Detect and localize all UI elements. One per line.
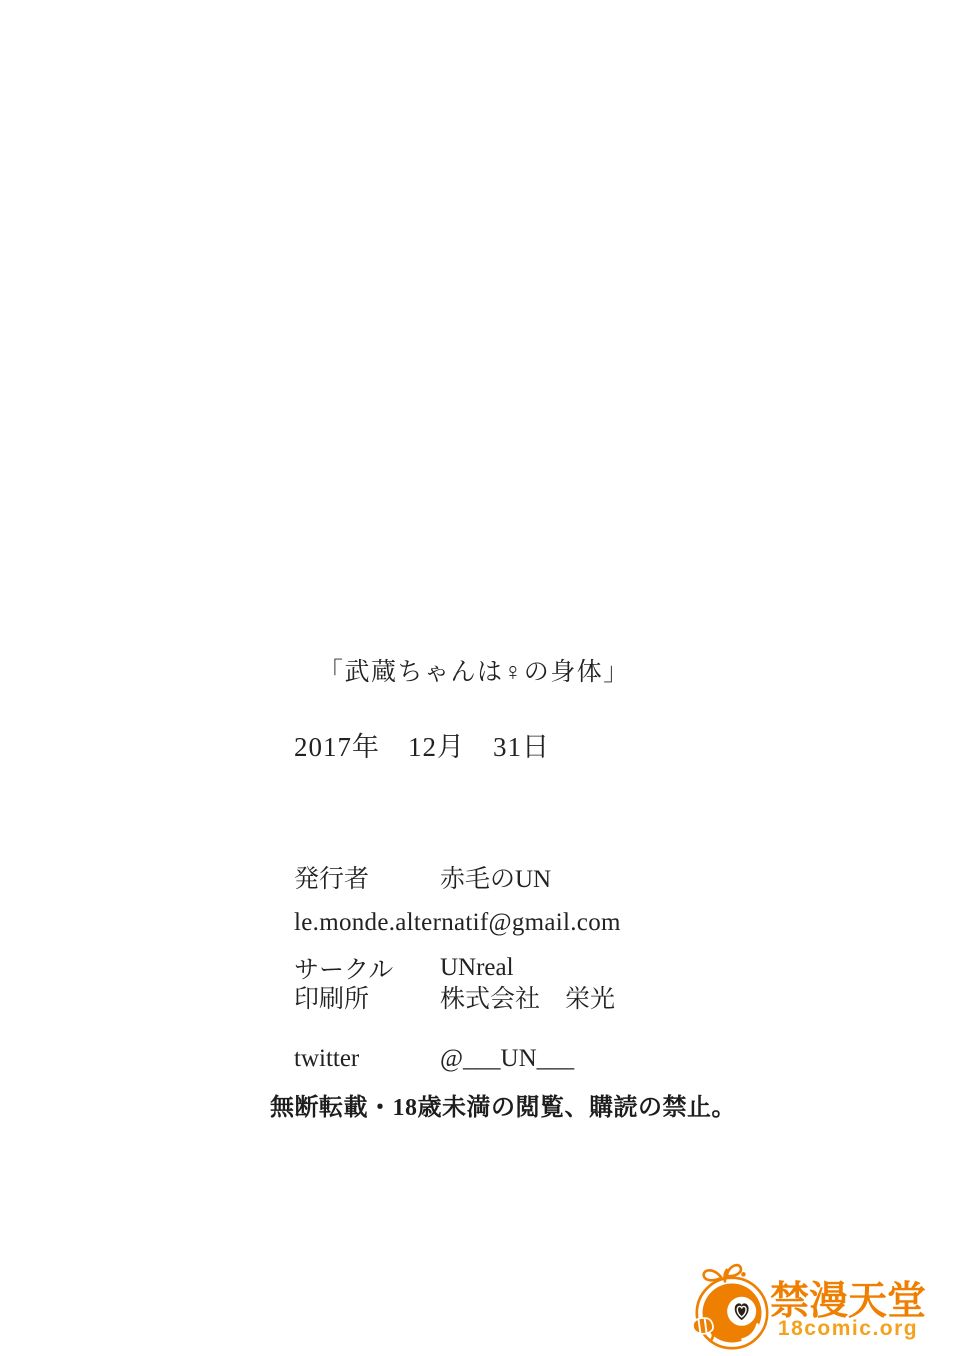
disclaimer-text: 無断転載・18歳未満の閲覧、購読の禁止。 [270,1087,736,1122]
watermark-site-name: 禁漫天堂 [770,1282,926,1321]
circle-value: UNreal [440,954,514,982]
credits-row-twitter: twitter @___UN___ [294,1042,574,1077]
publisher-label: 発行者 [294,859,440,895]
orange-whale-mascot-icon [688,1260,776,1352]
watermark-site-url: 18comic.org [778,1318,918,1339]
contact-email: le.monde.alternatif@gmail.com [294,909,621,937]
publisher-value: 赤毛のUN [440,859,551,895]
twitter-label: twitter [294,1045,440,1073]
printer-label: 印刷所 [294,979,440,1015]
colophon-page: 「武蔵ちゃんは♀の身体」 2017年 12月 31日 発行者 赤毛のUN サーク… [0,0,960,1356]
twitter-handle: @___UN___ [440,1045,574,1073]
printer-row: 印刷所 株式会社 栄光 [294,979,615,1015]
printer-value: 株式会社 栄光 [440,979,615,1015]
watermark: 禁漫天堂 18comic.org [688,1260,952,1352]
doujin-title: 「武蔵ちゃんは♀の身体」 [318,652,630,688]
watermark-text: 禁漫天堂 18comic.org [770,1282,926,1339]
credits-row-publisher: 発行者 赤毛のUN [294,859,574,894]
publish-date: 2017年 12月 31日 [294,725,550,764]
credits-list: 発行者 赤毛のUN サークル UNreal twitter @___UN___ [294,803,574,1133]
